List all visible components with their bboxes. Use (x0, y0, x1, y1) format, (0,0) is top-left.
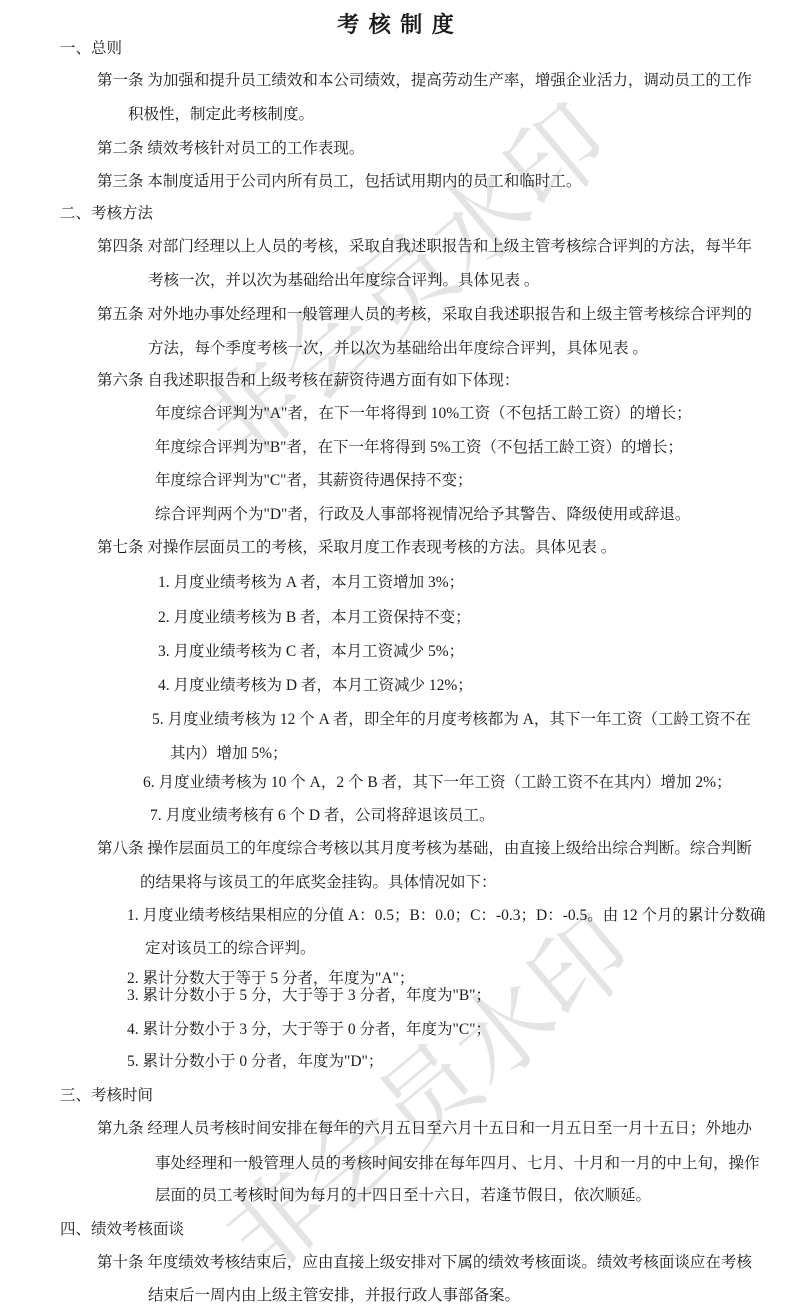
text-line: 第九条 经理人员考核时间安排在每年的六月五日至六月十五日和一月五日至一月十五日；… (97, 1120, 752, 1138)
text-line: 的结果将与该员工的年底奖金挂钩。具体情况如下： (140, 874, 497, 892)
text-line: 积极性，制定此考核制度。 (128, 106, 314, 124)
document-body: 一、总则第一条 为加强和提升员工绩效和本公司绩效，提高劳动生产率，增强企业活力，… (0, 0, 793, 1304)
text-line: 第七条 对操作层面员工的考核，采取月度工作表现考核的方法。具体见表 。 (97, 539, 616, 557)
text-line: 三、考核时间 (60, 1087, 153, 1105)
text-line: 第五条 对外地办事处经理和一般管理人员的考核，采取自我述职报告和上级主管考核综合… (97, 306, 752, 324)
text-line: 层面的员工考核时间为每月的十四日至十六日，若逢节假日，依次顺延。 (155, 1187, 651, 1205)
text-line: 四、绩效考核面谈 (60, 1221, 184, 1239)
text-line: 定对该员工的综合评判。 (145, 940, 316, 958)
text-line: 1. 月度业绩考核结果相应的分值 A：0.5；B：0.0；C：-0.3；D：-0… (127, 907, 766, 925)
text-line: 2. 月度业绩考核为 B 者，本月工资保持不变； (158, 609, 471, 627)
text-line: 综合评判两个为"D"者，行政及人事部将视情况给予其警告、降级使用或辞退。 (155, 506, 690, 524)
text-line: 第十条 年度绩效考核结束后，应由直接上级安排对下属的绩效考核面谈。绩效考核面谈应… (97, 1254, 752, 1272)
text-line: 第三条 本制度适用于公司内所有员工，包括试用期内的员工和临时工。 (97, 173, 581, 191)
text-line: 2. 累计分数大于等于 5 分者，年度为"A"； (127, 970, 414, 988)
document-page: 非会员水印 非会员水印 考 核 制 度 一、总则第一条 为加强和提升员工绩效和本… (0, 0, 793, 1304)
text-line: 第八条 操作层面员工的年度综合考核以其月度考核为基础，由直接上级给出综合判断。综… (97, 840, 752, 858)
text-line: 6. 月度业绩考核为 10 个 A，2 个 B 者，其下一年工资（工龄工资不在其… (143, 774, 732, 792)
text-line: 其内）增加 5%； (170, 745, 288, 763)
text-line: 年度综合评判为"B"者，在下一年将得到 5%工资（不包括工龄工资）的增长； (155, 439, 683, 457)
text-line: 3. 月度业绩考核为 C 者，本月工资减少 5%； (158, 643, 464, 661)
text-line: 考核一次，并以次为基础给出年度综合评判。具体见表 。 (148, 272, 539, 290)
text-line: 4. 累计分数小于 3 分，大于等于 0 分者，年度为"C"； (127, 1021, 491, 1039)
text-line: 第一条 为加强和提升员工绩效和本公司绩效，提高劳动生产率，增强企业活力，调动员工… (97, 72, 752, 90)
text-line: 第四条 对部门经理以上人员的考核，采取自我述职报告和上级主管考核综合评判的方法，… (97, 238, 752, 256)
text-line: 3. 累计分数小于 5 分，大于等于 3 分者，年度为"B"； (127, 987, 491, 1005)
text-line: 年度综合评判为"C"者，其薪资待遇保持不变； (155, 472, 473, 490)
text-line: 方法，每个季度考核一次，并以次为基础给出年度综合评判，具体见表 。 (148, 340, 648, 358)
text-line: 一、总则 (60, 40, 122, 58)
text-line: 结束后一周内由上级主管安排，并报行政人事部备案。 (148, 1287, 520, 1304)
text-line: 1. 月度业绩考核为 A 者，本月工资增加 3%； (158, 574, 464, 592)
text-line: 年度综合评判为"A"者，在下一年将得到 10%工资（不包括工龄工资）的增长； (155, 405, 692, 423)
text-line: 5. 月度业绩考核为 12 个 A 者，即全年的月度考核都为 A，其下一年工资（… (152, 711, 751, 729)
text-line: 第六条 自我述职报告和上级考核在薪资待遇方面有如下体现： (97, 372, 519, 390)
text-line: 第二条 绩效考核针对员工的工作表现。 (97, 140, 364, 158)
text-line: 事处经理和一般管理人员的考核时间安排在每年四月、七月、十月和一月的中上旬，操作 (155, 1155, 760, 1173)
text-line: 4. 月度业绩考核为 D 者，本月工资减少 12%； (158, 677, 473, 695)
text-line: 二、考核方法 (60, 205, 153, 223)
text-line: 7. 月度业绩考核有 6 个 D 者，公司将辞退该员工。 (150, 807, 494, 825)
text-line: 5. 累计分数小于 0 分者，年度为"D"； (127, 1053, 383, 1071)
